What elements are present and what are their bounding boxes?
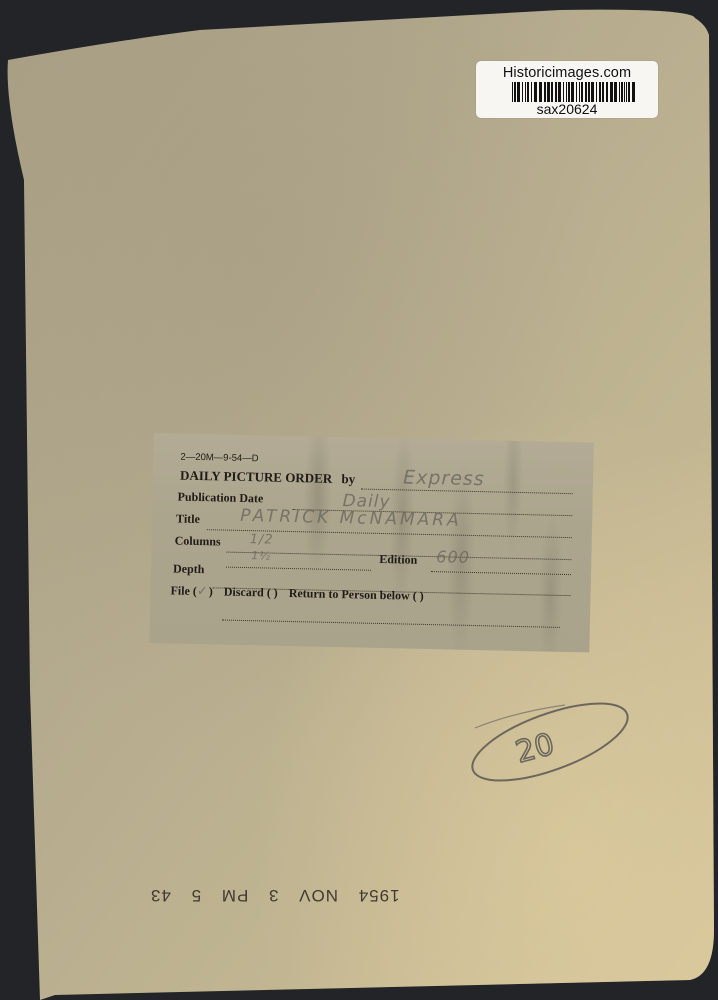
disposition-row: File (✓) Discard ( ) Return to Person be… — [170, 583, 423, 604]
date-received-stamp: 1954 NOV 3 PM 5 43 — [150, 885, 400, 905]
circled-number-mark: 20 — [455, 690, 645, 790]
by-label: by — [341, 471, 355, 486]
title-row: Title — [176, 512, 200, 528]
return-label: Return to Person below ( ) — [289, 586, 424, 603]
edition-line — [431, 571, 571, 575]
daily-picture-order-card: 2—20M—9-54—D DAILY PICTURE ORDER by Expr… — [149, 433, 593, 653]
columns-label: Columns — [175, 533, 221, 548]
file-label: File ( — [170, 583, 197, 598]
title-label: Title — [176, 512, 200, 527]
order-heading-row: DAILY PICTURE ORDER by — [180, 468, 355, 488]
depth-label: Depth — [173, 561, 205, 576]
columns-row: Columns — [174, 533, 220, 549]
edition-row: Edition — [379, 552, 417, 568]
barcode-icon — [512, 82, 638, 102]
return-person-line — [222, 620, 560, 628]
order-heading: DAILY PICTURE ORDER — [180, 468, 332, 486]
form-code: 2—20M—9-54—D — [180, 452, 258, 465]
columns-line-2 — [226, 567, 371, 571]
file-check-mark: ✓ — [197, 584, 209, 599]
file-close: ) — [209, 584, 213, 598]
scan-background: Historicimages.com sax20624 2—20M—9-54—D… — [0, 0, 718, 1000]
barcode-id-text: sax20624 — [476, 101, 658, 117]
edition-label: Edition — [379, 552, 417, 567]
historicimages-barcode-label: Historicimages.com sax20624 — [476, 61, 658, 118]
discard-label: Discard ( ) — [224, 585, 278, 600]
by-handwritten: Express — [403, 466, 485, 490]
depth-row: Depth — [173, 561, 205, 577]
title-handwritten: PATRICK McNAMARA — [240, 506, 462, 531]
columns-handwritten: 1/2 — [250, 532, 274, 548]
circled-number-text: 20 — [512, 727, 558, 771]
barcode-site-text: Historicimages.com — [476, 65, 658, 81]
depth-handwritten: 1½ — [251, 549, 271, 562]
edition-handwritten: 600 — [436, 547, 470, 567]
publication-date-row: Publication Date — [177, 490, 263, 507]
publication-date-label: Publication Date — [177, 490, 263, 506]
